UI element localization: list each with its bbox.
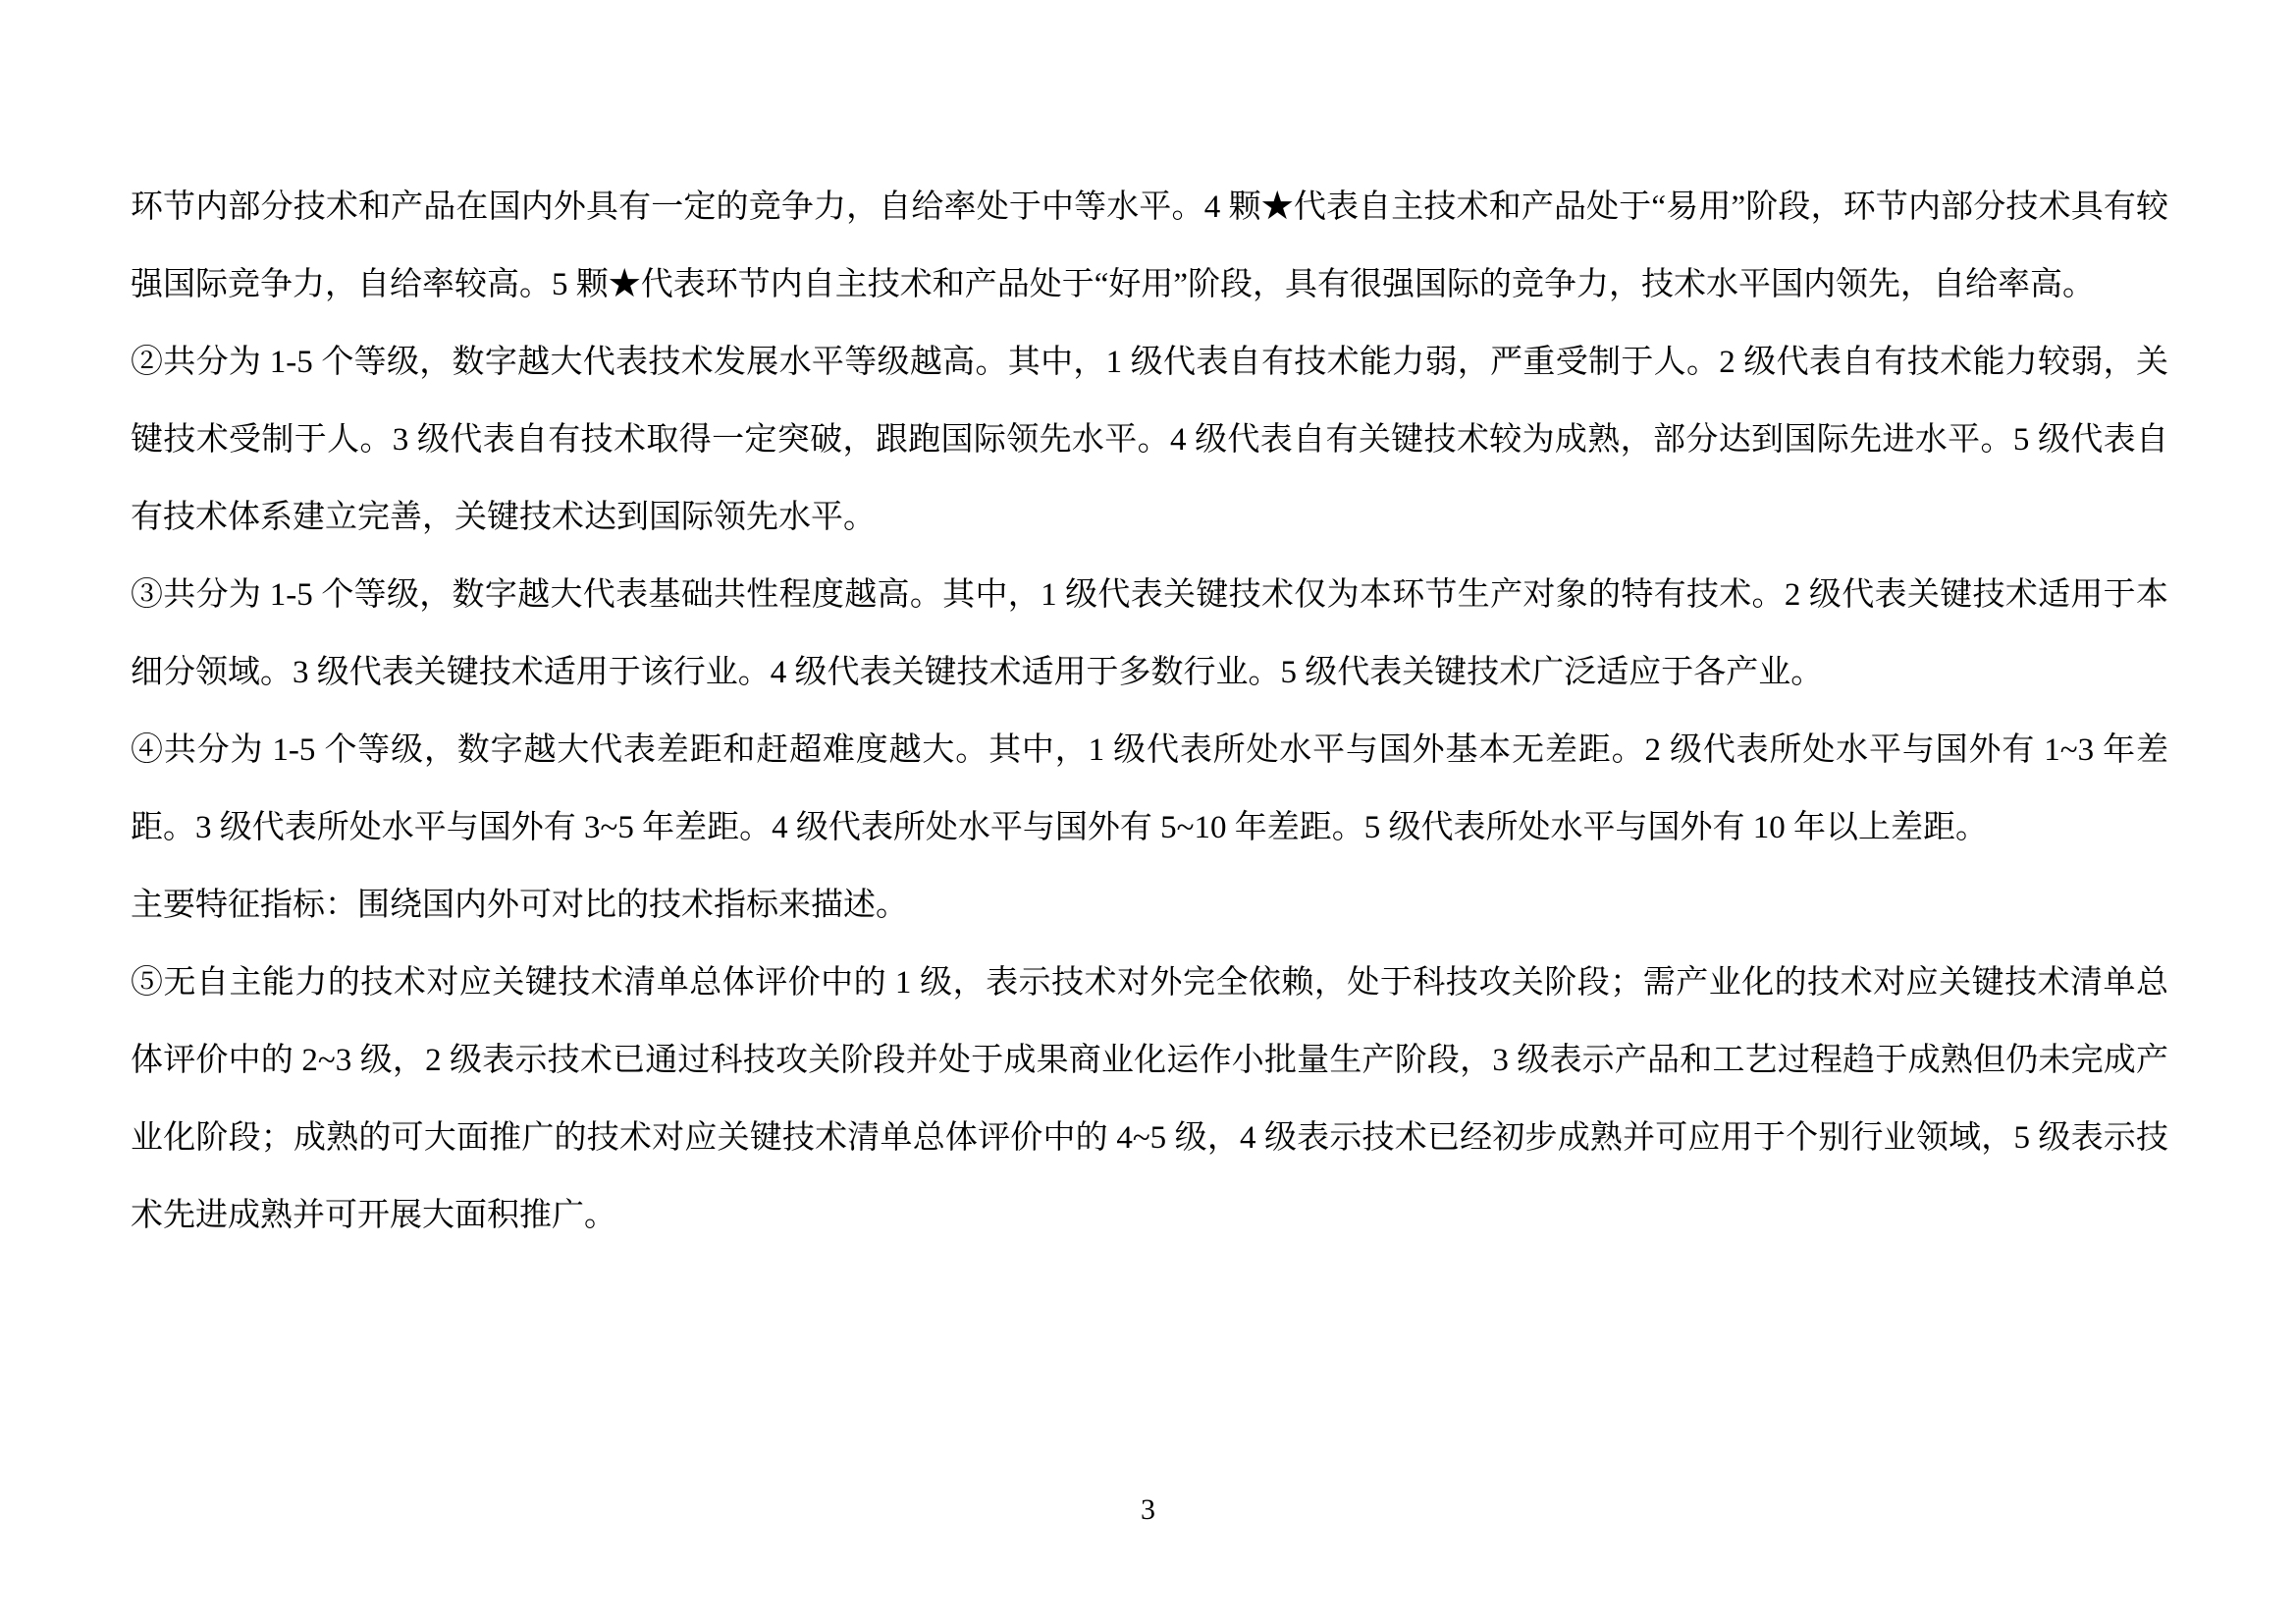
paragraph-continuation-star-rating: 环节内部分技术和产品在国内外具有一定的竞争力，自给率处于中等水平。4 颗★代表自… bbox=[131, 169, 2168, 324]
paragraph-note-4-gap-level: ④共分为 1-5 个等级，数字越大代表差距和赶超难度越大。其中，1 级代表所处水… bbox=[131, 712, 2168, 867]
paragraph-note-2-tech-level: ②共分为 1-5 个等级，数字越大代表技术发展水平等级越高。其中，1 级代表自有… bbox=[131, 324, 2168, 557]
document-body: 环节内部分技术和产品在国内外具有一定的竞争力，自给率处于中等水平。4 颗★代表自… bbox=[131, 169, 2168, 1255]
paragraph-note-3-commonality-level: ③共分为 1-5 个等级，数字越大代表基础共性程度越高。其中，1 级代表关键技术… bbox=[131, 557, 2168, 712]
paragraph-note-5-maturity-mapping: ⑤无自主能力的技术对应关键技术清单总体评价中的 1 级，表示技术对外完全依赖，处… bbox=[131, 945, 2168, 1255]
page-number: 3 bbox=[0, 1490, 2296, 1530]
document-page: 环节内部分技术和产品在国内外具有一定的竞争力，自给率处于中等水平。4 颗★代表自… bbox=[0, 0, 2296, 1624]
paragraph-key-indicators: 主要特征指标：围绕国内外可对比的技术指标来描述。 bbox=[131, 867, 2168, 945]
